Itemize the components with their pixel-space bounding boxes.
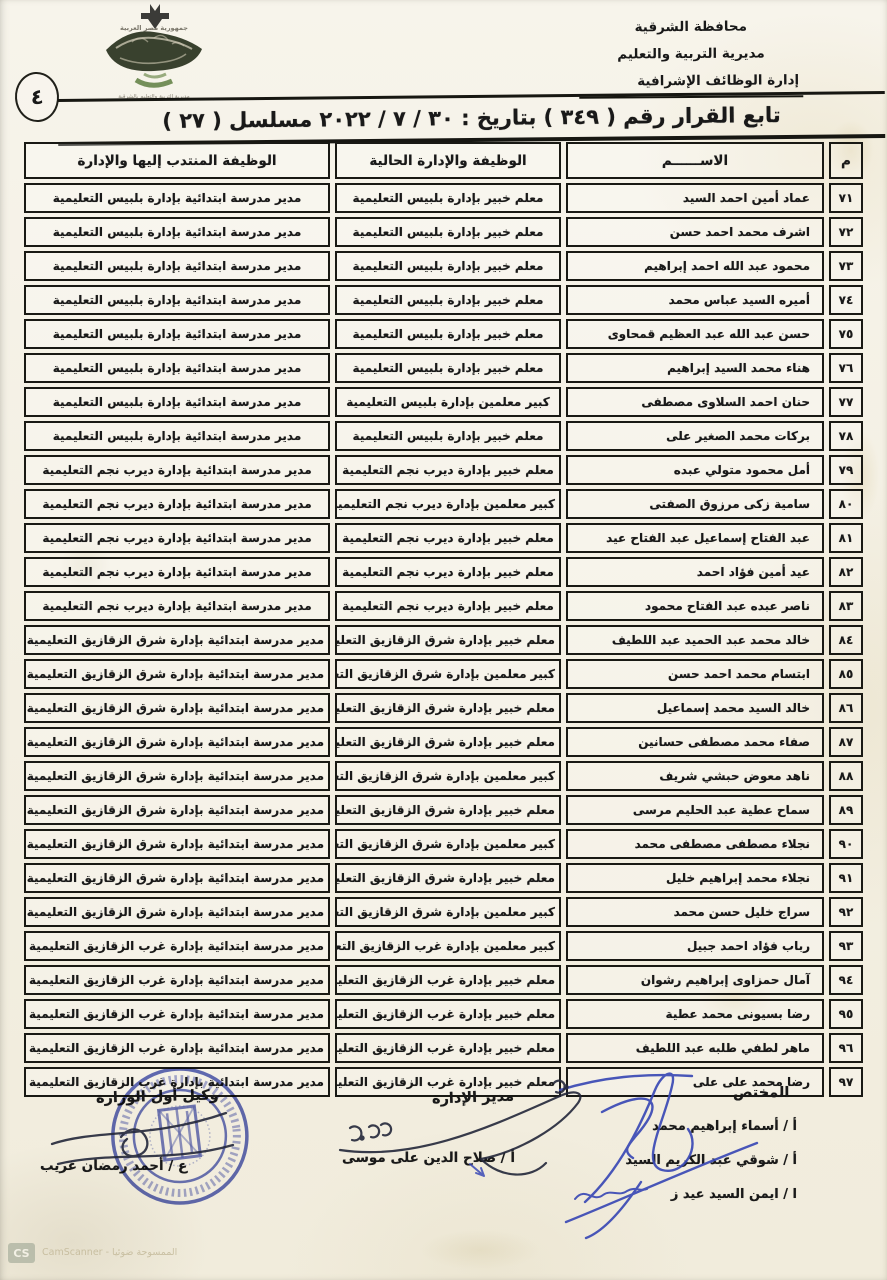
table-row: ٨٠سامية زكى مرزوق الصفتىكبير معلمين بإدا… <box>24 489 863 519</box>
specialist-names: أ / أسماء إبراهيم محمد أ / شوقي عبد الكر… <box>575 1110 797 1212</box>
table-row: ٨١عبد الفتاح إسماعيل عبد الفتاح عيدمعلم … <box>24 523 863 553</box>
admin-director-label: مدير الإدارة <box>432 1089 514 1108</box>
cell-num: ٧٨ <box>829 421 863 451</box>
cell-num: ٩٤ <box>829 965 863 995</box>
cell-name: عماد أمين احمد السيد <box>566 183 824 213</box>
cell-name: سراج خليل حسن محمد <box>566 897 824 927</box>
cell-name: حسن عبد الله عبد العظيم قمحاوى <box>566 319 824 349</box>
cell-num: ٧٧ <box>829 387 863 417</box>
table-row: ٧٥حسن عبد الله عبد العظيم قمحاوىمعلم خبي… <box>24 319 863 349</box>
cell-current: كبير معلمين بإدارة شرق الزقازيق التعليمي… <box>335 659 561 689</box>
specialist-name-1: أ / أسماء إبراهيم محمد <box>575 1110 797 1144</box>
table-row: ٧١عماد أمين احمد السيدمعلم خبير بإدارة ب… <box>24 183 863 213</box>
cell-name: بركات محمد الصغير على <box>566 421 824 451</box>
paper-speckle <box>420 1230 540 1270</box>
header-name: الاســــــم <box>566 142 824 179</box>
cell-num: ٧٩ <box>829 455 863 485</box>
cell-current: كبير معلمين بإدارة شرق الزقازيق التعليمي… <box>335 761 561 791</box>
decision-table: م الاســــــم الوظيفة والإدارة الحالية ا… <box>19 138 868 1101</box>
cell-seconded: مدير مدرسة ابتدائية بإدارة شرق الزقازيق … <box>24 659 330 689</box>
cell-name: رباب فؤاد احمد جبيل <box>566 931 824 961</box>
cell-current: معلم خبير بإدارة ديرب نجم التعليمية <box>335 523 561 553</box>
cell-seconded: مدير مدرسة ابتدائية بإدارة ديرب نجم التع… <box>24 591 330 621</box>
header-num: م <box>829 142 863 179</box>
cell-current: معلم خبير بإدارة بلبيس التعليمية <box>335 251 561 281</box>
cell-num: ٨٨ <box>829 761 863 791</box>
cell-name: عبد الفتاح إسماعيل عبد الفتاح عيد <box>566 523 824 553</box>
table-row: ٩١نجلاء محمد إبراهيم خليلمعلم خبير بإدار… <box>24 863 863 893</box>
cell-name: رضا بسيونى محمد عطية <box>566 999 824 1029</box>
cell-seconded: مدير مدرسة ابتدائية بإدارة شرق الزقازيق … <box>24 863 330 893</box>
cell-current: معلم خبير بإدارة شرق الزقازيق التعليمية <box>335 795 561 825</box>
cell-name: عيد أمين فؤاد احمد <box>566 557 824 587</box>
cell-current: كبير معلمين بإدارة شرق الزقازيق التعليمي… <box>335 897 561 927</box>
cell-current: معلم خبير بإدارة ديرب نجم التعليمية <box>335 455 561 485</box>
cell-num: ٧٦ <box>829 353 863 383</box>
table-row: ٧٣محمود عبد الله احمد إبراهيممعلم خبير ب… <box>24 251 863 281</box>
cell-num: ٨٤ <box>829 625 863 655</box>
specialist-name-2: أ / شوقي عبد الكريم السيد <box>575 1144 797 1178</box>
cell-seconded: مدير مدرسة ابتدائية بإدارة غرب الزقازيق … <box>24 965 330 995</box>
cell-num: ٨١ <box>829 523 863 553</box>
cell-seconded: مدير مدرسة ابتدائية بإدارة ديرب نجم التع… <box>24 455 330 485</box>
cell-current: معلم خبير بإدارة ديرب نجم التعليمية <box>335 557 561 587</box>
table-row: ٩٢سراج خليل حسن محمدكبير معلمين بإدارة ش… <box>24 897 863 927</box>
cell-num: ٩٠ <box>829 829 863 859</box>
table-row: ٧٤أميره السيد عباس محمدمعلم خبير بإدارة … <box>24 285 863 315</box>
cell-seconded: مدير مدرسة ابتدائية بإدارة بلبيس التعليم… <box>24 217 330 247</box>
cell-name: هناء محمد السيد إبراهيم <box>566 353 824 383</box>
undersecretary-label: وكيل أول الوزارة <box>96 1087 219 1106</box>
cell-num: ٧٣ <box>829 251 863 281</box>
admin-director-name: أ / صلاح الدين على موسى <box>342 1150 515 1166</box>
cell-num: ٩٢ <box>829 897 863 927</box>
cell-name: خالد محمد عبد الحميد عبد اللطيف <box>566 625 824 655</box>
table-row: ٩٤آمال حمزاوى إبراهيم رشوانمعلم خبير بإد… <box>24 965 863 995</box>
cell-name: صفاء محمد مصطفى حسانين <box>566 727 824 757</box>
camscanner-watermark-text: CamScanner - الممسوحة ضوئيا <box>42 1247 177 1258</box>
table-row: ٨٨ناهد معوض حبشي شريفكبير معلمين بإدارة … <box>24 761 863 791</box>
cell-seconded: مدير مدرسة ابتدائية بإدارة بلبيس التعليم… <box>24 285 330 315</box>
table-row: ٩٠نجلاء مصطفى مصطفى محمدكبير معلمين بإدا… <box>24 829 863 859</box>
org-line-directorate: مديرية التربية والتعليم <box>573 40 809 69</box>
cell-name: ماهر لطفي طلبه عبد اللطيف <box>566 1033 824 1063</box>
table-row: ٧٨بركات محمد الصغير علىمعلم خبير بإدارة … <box>24 421 863 451</box>
header-current-position: الوظيفة والإدارة الحالية <box>335 142 561 179</box>
scanned-document-page: جمهورية مصر العربية مديرية التربية والتع… <box>0 0 887 1280</box>
cell-num: ٩١ <box>829 863 863 893</box>
cell-current: معلم خبير بإدارة شرق الزقازيق التعليمية <box>335 727 561 757</box>
cell-current: معلم خبير بإدارة ديرب نجم التعليمية <box>335 591 561 621</box>
table-header-row: م الاســــــم الوظيفة والإدارة الحالية ا… <box>24 142 863 179</box>
cell-num: ٧١ <box>829 183 863 213</box>
cell-name: ابتسام محمد احمد حسن <box>566 659 824 689</box>
table-row: ٨٤خالد محمد عبد الحميد عبد اللطيفمعلم خب… <box>24 625 863 655</box>
cell-seconded: مدير مدرسة ابتدائية بإدارة بلبيس التعليم… <box>24 183 330 213</box>
cell-name: نجلاء مصطفى مصطفى محمد <box>566 829 824 859</box>
specialist-name-3: ا / ايمن السيد عيد ز <box>575 1178 797 1212</box>
decision-table-body: ٧١عماد أمين احمد السيدمعلم خبير بإدارة ب… <box>24 183 863 1097</box>
cell-seconded: مدير مدرسة ابتدائية بإدارة غرب الزقازيق … <box>24 999 330 1029</box>
table-row: ٨٩سماح عطية عبد الحليم مرسىمعلم خبير بإد… <box>24 795 863 825</box>
org-line-governorate: محافظة الشرقية <box>573 13 809 42</box>
cell-current: كبير معلمين بإدارة ديرب نجم التعليمية <box>335 489 561 519</box>
cell-seconded: مدير مدرسة ابتدائية بإدارة ديرب نجم التع… <box>24 523 330 553</box>
cell-num: ٩٦ <box>829 1033 863 1063</box>
cell-current: كبير معلمين بإدارة بلبيس التعليمية <box>335 387 561 417</box>
cell-current: كبير معلمين بإدارة شرق الزقازيق التعليمي… <box>335 829 561 859</box>
cell-current: معلم خبير بإدارة بلبيس التعليمية <box>335 319 561 349</box>
header-seconded-position: الوظيفة المنتدب إليها والإدارة <box>24 142 330 179</box>
cell-num: ٨٦ <box>829 693 863 723</box>
table-row: ٧٩أمل محمود متولي عبدهمعلم خبير بإدارة د… <box>24 455 863 485</box>
cell-current: كبير معلمين بإدارة غرب الزقازيق التعليمي… <box>335 931 561 961</box>
table-row: ٧٢اشرف محمد احمد حسنمعلم خبير بإدارة بلب… <box>24 217 863 247</box>
cell-current: معلم خبير بإدارة غرب الزقازيق التعليمية <box>335 999 561 1029</box>
table-row: ٧٦هناء محمد السيد إبراهيممعلم خبير بإدار… <box>24 353 863 383</box>
cell-num: ٨٥ <box>829 659 863 689</box>
cell-name: حنان احمد السلاوى مصطفى <box>566 387 824 417</box>
cell-current: معلم خبير بإدارة بلبيس التعليمية <box>335 421 561 451</box>
cell-seconded: مدير مدرسة ابتدائية بإدارة غرب الزقازيق … <box>24 931 330 961</box>
cell-seconded: مدير مدرسة ابتدائية بإدارة شرق الزقازيق … <box>24 795 330 825</box>
cell-current: معلم خبير بإدارة بلبيس التعليمية <box>335 217 561 247</box>
table-row: ٨٢عيد أمين فؤاد احمدمعلم خبير بإدارة دير… <box>24 557 863 587</box>
cell-current: معلم خبير بإدارة بلبيس التعليمية <box>335 353 561 383</box>
cell-num: ٩٥ <box>829 999 863 1029</box>
cell-name: اشرف محمد احمد حسن <box>566 217 824 247</box>
cell-seconded: مدير مدرسة ابتدائية بإدارة شرق الزقازيق … <box>24 829 330 859</box>
cell-seconded: مدير مدرسة ابتدائية بإدارة بلبيس التعليم… <box>24 251 330 281</box>
cell-seconded: مدير مدرسة ابتدائية بإدارة شرق الزقازيق … <box>24 625 330 655</box>
cell-seconded: مدير مدرسة ابتدائية بإدارة ديرب نجم التع… <box>24 489 330 519</box>
org-header: محافظة الشرقية مديرية التربية والتعليم إ… <box>573 13 810 99</box>
cell-current: معلم خبير بإدارة بلبيس التعليمية <box>335 183 561 213</box>
cell-num: ٩٧ <box>829 1067 863 1097</box>
cell-num: ٨٢ <box>829 557 863 587</box>
cell-name: خالد السيد محمد إسماعيل <box>566 693 824 723</box>
cell-current: معلم خبير بإدارة بلبيس التعليمية <box>335 285 561 315</box>
svg-text:جمهورية مصر العربية: جمهورية مصر العربية <box>120 24 188 32</box>
table-row: ٨٥ابتسام محمد احمد حسنكبير معلمين بإدارة… <box>24 659 863 689</box>
table-row: ٨٣ناصر عبده عبد الفتاح محمودمعلم خبير بإ… <box>24 591 863 621</box>
cell-name: أميره السيد عباس محمد <box>566 285 824 315</box>
cell-name: ناصر عبده عبد الفتاح محمود <box>566 591 824 621</box>
cell-num: ٨٠ <box>829 489 863 519</box>
cell-seconded: مدير مدرسة ابتدائية بإدارة شرق الزقازيق … <box>24 897 330 927</box>
page-number-badge: ٤ <box>13 71 60 124</box>
cell-num: ٨٣ <box>829 591 863 621</box>
camscanner-logo: CS <box>8 1243 35 1263</box>
cell-seconded: مدير مدرسة ابتدائية بإدارة بلبيس التعليم… <box>24 387 330 417</box>
cell-seconded: مدير مدرسة ابتدائية بإدارة شرق الزقازيق … <box>24 727 330 757</box>
table-row: ٩٦ماهر لطفي طلبه عبد اللطيفمعلم خبير بإد… <box>24 1033 863 1063</box>
cell-name: محمود عبد الله احمد إبراهيم <box>566 251 824 281</box>
cell-num: ٧٢ <box>829 217 863 247</box>
cell-seconded: مدير مدرسة ابتدائية بإدارة بلبيس التعليم… <box>24 421 330 451</box>
cell-current: معلم خبير بإدارة شرق الزقازيق التعليمية <box>335 625 561 655</box>
specialist-label: المختص <box>733 1085 789 1101</box>
cell-seconded: مدير مدرسة ابتدائية بإدارة بلبيس التعليم… <box>24 319 330 349</box>
cell-name: نجلاء محمد إبراهيم خليل <box>566 863 824 893</box>
cell-name: ناهد معوض حبشي شريف <box>566 761 824 791</box>
undersecretary-name: ع / أحمد رمضان غريب <box>40 1158 187 1174</box>
cell-current: معلم خبير بإدارة غرب الزقازيق التعليمية <box>335 1033 561 1063</box>
cell-seconded: مدير مدرسة ابتدائية بإدارة شرق الزقازيق … <box>24 693 330 723</box>
cell-current: معلم خبير بإدارة شرق الزقازيق التعليمية <box>335 863 561 893</box>
cell-seconded: مدير مدرسة ابتدائية بإدارة بلبيس التعليم… <box>24 353 330 383</box>
table-row: ٨٧صفاء محمد مصطفى حسانينمعلم خبير بإدارة… <box>24 727 863 757</box>
table-row: ٩٥رضا بسيونى محمد عطيةمعلم خبير بإدارة غ… <box>24 999 863 1029</box>
cell-num: ٧٥ <box>829 319 863 349</box>
cell-name: أمل محمود متولي عبده <box>566 455 824 485</box>
cell-num: ٨٩ <box>829 795 863 825</box>
table-row: ٧٧حنان احمد السلاوى مصطفىكبير معلمين بإد… <box>24 387 863 417</box>
cell-num: ٨٧ <box>829 727 863 757</box>
cell-name: سماح عطية عبد الحليم مرسى <box>566 795 824 825</box>
table-row: ٩٣رباب فؤاد احمد جبيلكبير معلمين بإدارة … <box>24 931 863 961</box>
ministry-emblem: جمهورية مصر العربية مديرية التربية والتع… <box>84 0 224 102</box>
cell-seconded: مدير مدرسة ابتدائية بإدارة غرب الزقازيق … <box>24 1033 330 1063</box>
cell-seconded: مدير مدرسة ابتدائية بإدارة ديرب نجم التع… <box>24 557 330 587</box>
cell-seconded: مدير مدرسة ابتدائية بإدارة شرق الزقازيق … <box>24 761 330 791</box>
decree-title: تابع القرار رقم ( ٣٤٩ ) بتاريخ : ٣٠ / ٧ … <box>162 103 781 133</box>
cell-current: معلم خبير بإدارة غرب الزقازيق التعليمية <box>335 965 561 995</box>
cell-name: آمال حمزاوى إبراهيم رشوان <box>566 965 824 995</box>
cell-current: معلم خبير بإدارة شرق الزقازيق التعليمية <box>335 693 561 723</box>
cell-num: ٩٣ <box>829 931 863 961</box>
table-row: ٨٦خالد السيد محمد إسماعيلمعلم خبير بإدار… <box>24 693 863 723</box>
cell-num: ٧٤ <box>829 285 863 315</box>
cell-name: سامية زكى مرزوق الصفتى <box>566 489 824 519</box>
